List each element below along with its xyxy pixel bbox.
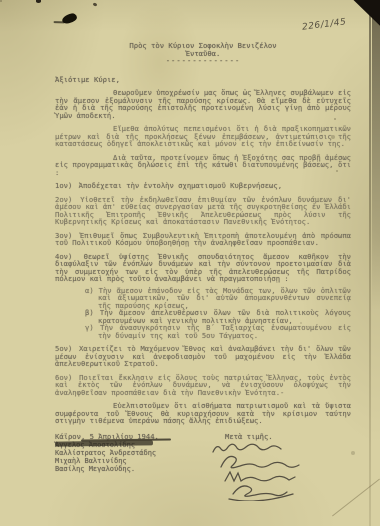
handwritten-archive-number: 226/1/45 — [301, 17, 346, 32]
paper-fold-crease — [0, 0, 51, 61]
sub-item: γ) Τὴν ἀνασυγκρότησιν τῆς Β΄ Ταξιαρχίας … — [85, 324, 351, 339]
date-and-signatories: Κάϊρον, 5 Ἀπριλίου 1944. Ἄγγελος Ἀποστολ… — [55, 433, 205, 474]
item-text: Ἐπιθυμεῖ ὅπως Συμβουλευτικὴ Ἐπιτροπὴ ἀπο… — [55, 231, 351, 248]
signatory-name: Μιχαὴλ Βαλτινίδης — [55, 457, 205, 465]
paragraph: Θεωροῦμεν ὑποχρέωσίν μας ὅπως ὡς Ἕλληνες… — [55, 89, 351, 119]
item-text: Θεωρεῖ ὑψίστης Ἐθνικῆς σπουδαιότητος ἄμε… — [55, 252, 351, 284]
ink-blot — [61, 13, 78, 25]
item-text: Ποιεῖται ἔκκλησιν εἰς ὅλους τοὺς πατριώτ… — [55, 373, 351, 397]
valediction-and-signatures: Μετὰ τιμῆς. — [211, 433, 351, 474]
sub-item-letter: α) — [85, 286, 94, 295]
bottom-corner-crease — [332, 479, 380, 517]
dashed-divider: -------------- — [55, 57, 351, 65]
sub-item-text: Τὴν ἄμεσον ἐπάνοδον εἰς τὰς Μονάδας των,… — [98, 286, 351, 310]
sub-item: β) Τὴν ἄμεσον ἀπελευθέρωσιν ὅλων τῶν διὰ… — [85, 309, 351, 324]
item-text: Υἱοθετεῖ τὴν ἐκδηλωθεῖσαν ἐπιθυμίαν τῶν … — [55, 195, 351, 227]
numbered-item: 1ον) Ἀποδέχεται τὴν ἐντολὴν σχηματισμοῦ … — [55, 182, 351, 190]
right-page-crease — [369, 0, 371, 526]
closing-block: Κάϊρον, 5 Ἀπριλίου 1944. Ἄγγελος Ἀποστολ… — [55, 433, 351, 474]
letter-document-page: 226/1/45 Πρὸς τὸν Κύριον Σοφοκλὴν Βενιζέ… — [0, 0, 380, 526]
paper-edge-mark — [36, 0, 41, 3]
numbered-item: 6ον) Ποιεῖται ἔκκλησιν εἰς ὅλους τοὺς πα… — [55, 374, 351, 397]
sub-item-letter: β) — [85, 308, 94, 317]
paragraph: Εἴμεθα ἀπολύτως πεπεισμένοι ὅτι ἡ διὰ πρ… — [55, 125, 351, 148]
paper-foxing-specks — [0, 0, 2, 2]
sub-item-group: α) Τὴν ἄμεσον ἐπάνοδον εἰς τὰς Μονάδας τ… — [55, 287, 351, 340]
numbered-item: 2ον) Υἱοθετεῖ τὴν ἐκδηλωθεῖσαν ἐπιθυμίαν… — [55, 196, 351, 226]
sub-item-text: Τὴν ἀνασυγκρότησιν τῆς Β΄ Ταξιαρχίας ἐνσ… — [98, 323, 351, 340]
closing-paragraph: Εὐελπιστοῦμεν ὅτι αἰσθήματα πατριωτισμοῦ… — [55, 402, 351, 425]
letter-body: Πρὸς τὸν Κύριον Σοφοκλὴν Βενιζέλον Ἐνταῦ… — [55, 42, 351, 473]
salutation: Ἀξιότιμε Κύριε, — [55, 76, 351, 84]
item-text: Ἀποδέχεται τὴν ἐντολὴν σχηματισμοῦ Κυβερ… — [79, 181, 282, 190]
item-text: Χαιρετίζει τὸ Μαχόμενον Ἔθνος καὶ ἀναλαμ… — [55, 344, 351, 368]
numbered-item: 4ον) Θεωρεῖ ὑψίστης Ἐθνικῆς σπουδαιότητο… — [55, 253, 351, 283]
sub-item-letter: γ) — [85, 323, 94, 332]
handwritten-signatures — [205, 439, 337, 501]
paper-edge-mark — [93, 2, 98, 6]
paragraph: Διὰ ταῦτα, προτείνομεν ὅπως ἡ Ἐξοχότης σ… — [55, 154, 351, 177]
item-number: 1ον) — [55, 181, 72, 190]
signatory-name: Βασίλης Μεγαλούδης. — [55, 465, 205, 473]
signatory-name: Καλλίστρατος Ἀνδρεστάδης — [55, 449, 205, 457]
numbered-item: 3ον) Ἐπιθυμεῖ ὅπως Συμβουλευτικὴ Ἐπιτροπ… — [55, 232, 351, 247]
pencil-strikethrough-mark — [55, 440, 153, 446]
right-edge-shadow — [372, 0, 380, 310]
sub-item: α) Τὴν ἄμεσον ἐπάνοδον εἰς τὰς Μονάδας τ… — [85, 287, 351, 310]
numbered-item: 5ον) Χαιρετίζει τὸ Μαχόμενον Ἔθνος καὶ ἀ… — [55, 345, 351, 368]
